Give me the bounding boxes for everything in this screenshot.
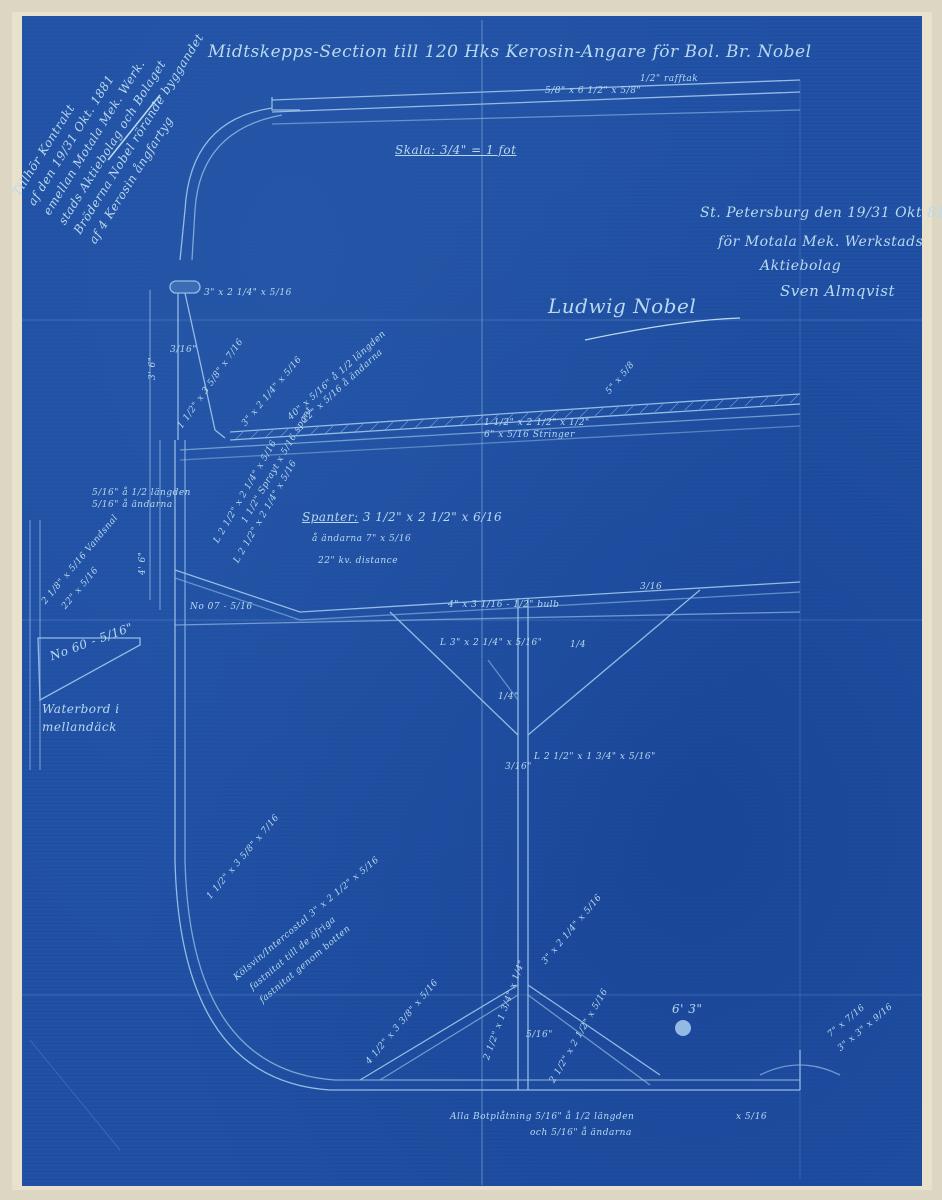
watertight-label-1: Waterbord i — [42, 702, 120, 716]
stringer-label: 1 1/2" x 2 1/2" x 1/2" — [484, 418, 590, 428]
gusset-label-2: 1/4" — [498, 692, 519, 702]
top-dimension: 1/2" rafftak — [640, 74, 698, 84]
company-line-1: för Motala Mek. Werkstads — [718, 234, 923, 250]
bulwark-height-label: 3' 6" — [148, 357, 158, 380]
drawing-title: Midtskepps-Section till 120 Hks Kerosin-… — [208, 42, 812, 62]
signature-sven-almqvist: Sven Almqvist — [780, 282, 895, 300]
keelson-center-label: 5/16" — [526, 1030, 553, 1040]
half-breadth-label: 6' 3" — [672, 1002, 702, 1016]
stringer-label-2: 6" x 5/16 Stringer — [484, 430, 575, 440]
signature-ludwig-nobel: Ludwig Nobel — [548, 294, 696, 318]
watertight-label-2: mellandäck — [42, 720, 117, 734]
shell-plate-label: 5/16" å 1/2 längden — [92, 488, 191, 498]
pillar-label: L 2 1/2" x 1 3/4" x 5/16" — [534, 752, 656, 762]
top-plate-label: 5/8" x 6 1/2" x 5/8" — [545, 86, 641, 96]
knee-label: L 3" x 2 1/4" x 5/16" — [440, 638, 542, 648]
bracket-label: 3/16" — [170, 345, 197, 355]
frame-note-heading-text: Spanter: — [302, 510, 359, 524]
shell-plate-label-2: 5/16" å ändarna — [92, 500, 173, 510]
gusset-label: 1/4 — [570, 640, 586, 650]
beam-label: No 07 - 5/16 — [190, 602, 253, 612]
frame-note-line2: å ändarna 7" x 5/16 — [312, 534, 411, 544]
bottom-note-1: Alla Botplåtning 5/16" å 1/2 längden — [450, 1112, 634, 1122]
beam-bulb-label: 4" x 3 1/16 - 1/2" bulb — [448, 600, 559, 610]
frame-note-heading: Spanter: 3 1/2" x 2 1/2" x 6/16 — [302, 510, 502, 524]
deck-slope-label: 3/16 — [640, 582, 662, 592]
scale-label: Skala: 3/4" = 1 fot — [395, 143, 516, 157]
place-date: St. Petersburg den 19/31 Okt 81 — [700, 205, 942, 221]
pillar-size-label: 3/16" — [505, 762, 532, 772]
bottom-plate-label: x 5/16 — [736, 1112, 767, 1122]
frame-note-line1: 3 1/2" x 2 1/2" x 6/16 — [363, 510, 502, 524]
bottom-note-2: och 5/16" å ändarna — [530, 1128, 632, 1138]
side-height-label: 4' 6" — [138, 552, 148, 575]
company-line-2: Aktiebolag — [760, 258, 841, 274]
frame-note-line3: 22" kv. distance — [318, 556, 398, 566]
rail-label: 3" x 2 1/4" x 5/16 — [204, 288, 292, 298]
